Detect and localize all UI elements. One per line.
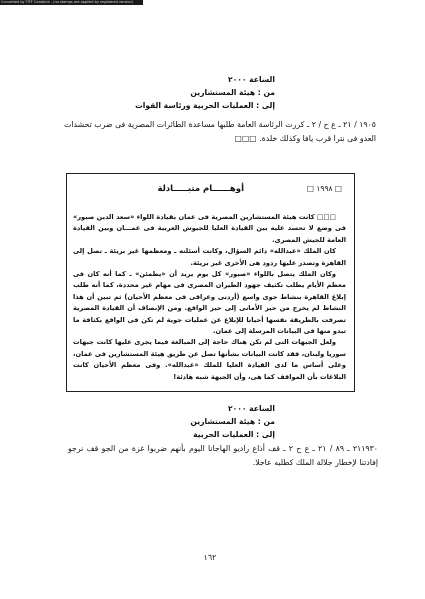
message2-to: إلى : العمليات الحربية — [190, 428, 275, 441]
box-body: □□□ كانت هيئة المستشارين المصرية فى عمان… — [73, 212, 346, 383]
box-paragraph: كان الملك «عبدالله» دائم السؤال، وكانت أ… — [73, 246, 346, 269]
page-number: ١٦٢ — [190, 553, 230, 562]
message2-body: ٢١١٩٣٠ ـ ٨٩ / ٢١ ـ ع ح ٢ ـ قف أذاع راديو… — [68, 442, 378, 469]
message1-header: الساعة ٢٠٠٠ من : هيئة المستشارين إلى : ا… — [135, 73, 275, 112]
box-paragraph: □□□ كانت هيئة المستشارين المصرية فى عمان… — [73, 212, 346, 246]
converter-banner: Converted by TIFF Combine - (no stamps a… — [0, 0, 143, 5]
box-title: أوهــــــام متبـــــادلة — [157, 184, 244, 194]
message1-to: إلى : العمليات الحربية ورئاسة القوات — [135, 99, 275, 112]
message1-from: من : هيئة المستشارين — [135, 86, 275, 99]
boxed-section: □ ١٩٩٨ □ أوهــــــام متبـــــادلة □□□ كا… — [66, 173, 355, 392]
box-year: □ ١٩٩٨ □ — [307, 184, 342, 193]
message2-time: الساعة ٢٠٠٠ — [190, 402, 275, 415]
message2-header: الساعة ٢٠٠٠ من : هيئة المستشارين إلى : ا… — [190, 402, 275, 441]
box-paragraph: ولعل الجبهات التى لم تكن هناك حاجة إلى ا… — [73, 337, 346, 383]
message1-body: ١٩٠٥ / ٢١ ـ ع ح / ٢ ـ كررت الرئاسة العام… — [64, 118, 376, 145]
message1-time: الساعة ٢٠٠٠ — [135, 73, 275, 86]
message2-from: من : هيئة المستشارين — [190, 415, 275, 428]
box-paragraph: وكان الملك يتصل باللواء «صبور» كل يوم ير… — [73, 269, 346, 337]
